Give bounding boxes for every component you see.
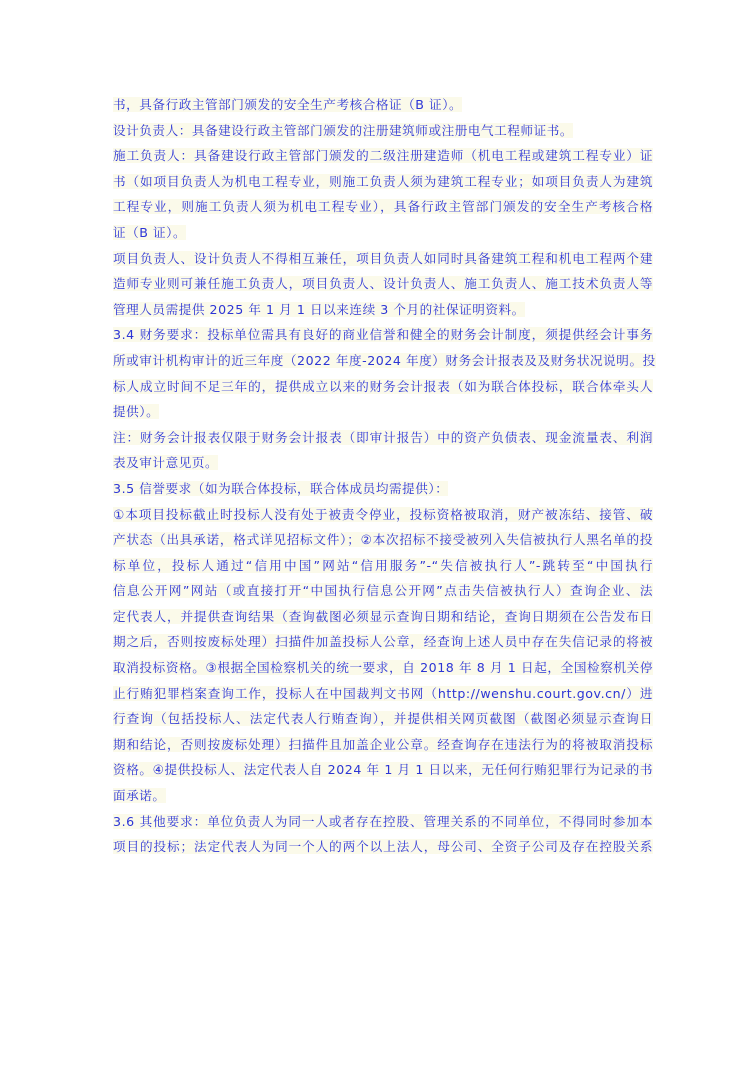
text-line-content: 面承诺。: [113, 788, 166, 803]
text-line-content: 证（B 证）。: [113, 225, 186, 240]
text-line-content: 止行贿犯罪档案查询工作，投标人在中国裁判文书网（http://wenshu.co…: [113, 686, 653, 701]
text-line: 项目负责人、设计负责人不得相互兼任，项目负责人如同时具备建筑工程和机电工程两个建: [113, 246, 653, 272]
text-line: 标单位，投标人通过“信用中国”网站“信用服务”-“失信被执行人”-跳转至“中国执…: [113, 553, 653, 579]
text-line: 行查询（包括投标人、法定代表人行贿查询），并提供相关网页截图（截图必须显示查询日: [113, 706, 653, 732]
section-heading-3-6: 3.6 其他要求：单位负责人为同一人或者存在控股、管理关系的不同单位，不得同时参…: [113, 809, 653, 835]
text-line-content: 标单位，投标人通过“信用中国”网站“信用服务”-“失信被执行人”-跳转至“中国执…: [113, 558, 653, 573]
text-line-content: 3.6 其他要求：单位负责人为同一人或者存在控股、管理关系的不同单位，不得同时参…: [113, 814, 653, 829]
text-line-with-url: 止行贿犯罪档案查询工作，投标人在中国裁判文书网（http://wenshu.co…: [113, 681, 653, 707]
text-line-content: 管理人员需提供 2025 年 1 月 1 日以来连续 3 个月的社保证明资料。: [113, 302, 525, 317]
text-line: 标人成立时间不足三年的，提供成立以来的财务会计报表（如为联合体投标，联合体牵头人: [113, 374, 653, 400]
text-line-content: 资格。④提供投标人、法定代表人自 2024 年 1 月 1 日以来，无任何行贿犯…: [113, 762, 653, 777]
text-line-content: 造师专业则可兼任施工负责人，项目负责人、设计负责人、施工负责人、施工技术负责人等: [113, 276, 653, 291]
text-line-content: 取消投标资格。③根据全国检察机关的统一要求，自 2018 年 8 月 1 日起，…: [113, 660, 653, 675]
text-line: 设计负责人：具备建设行政主管部门颁发的注册建筑师或注册电气工程师证书。: [113, 118, 653, 144]
text-line-content: 书（如项目负责人为机电工程专业，则施工负责人须为建筑工程专业；如项目负责人为建筑: [113, 174, 653, 189]
text-line: 提供）。: [113, 399, 653, 425]
text-line-content: 行查询（包括投标人、法定代表人行贿查询），并提供相关网页截图（截图必须显示查询日: [113, 711, 653, 726]
text-line: 书，具备行政主管部门颁发的安全生产考核合格证（B 证）。: [113, 92, 653, 118]
section-heading-3-4: 3.4 财务要求：投标单位需具有良好的商业信誉和健全的财务会计制度，须提供经会计…: [113, 322, 653, 348]
text-line: 资格。④提供投标人、法定代表人自 2024 年 1 月 1 日以来，无任何行贿犯…: [113, 757, 653, 783]
text-line: 信息公开网”网站（或直接打开“中国执行信息公开网”点击失信被执行人）查询企业、法: [113, 578, 653, 604]
text-line-content: 产状态（出具承诺，格式详见招标文件）；②本次招标不接受被列入失信被执行人黑名单的…: [113, 532, 653, 547]
text-line: 造师专业则可兼任施工负责人，项目负责人、设计负责人、施工负责人、施工技术负责人等: [113, 271, 653, 297]
text-line: 证（B 证）。: [113, 220, 653, 246]
text-line: 书（如项目负责人为机电工程专业，则施工负责人须为建筑工程专业；如项目负责人为建筑: [113, 169, 653, 195]
text-line-content: 期和结论，否则按废标处理）扫描件且加盖企业公章。经查询存在违法行为的将被取消投标: [113, 737, 653, 752]
document-page: 书，具备行政主管部门颁发的安全生产考核合格证（B 证）。 设计负责人：具备建设行…: [113, 92, 653, 860]
text-line: 工程专业，则施工负责人须为机电工程专业），具备行政主管部门颁发的安全生产考核合格: [113, 194, 653, 220]
text-line: 期和结论，否则按废标处理）扫描件且加盖企业公章。经查询存在违法行为的将被取消投标: [113, 732, 653, 758]
text-line-content: 3.4 财务要求：投标单位需具有良好的商业信誉和健全的财务会计制度，须提供经会计…: [113, 327, 653, 342]
text-line: 表及审计意见页。: [113, 450, 653, 476]
text-line-content: 项目的投标；法定代表人为同一个人的两个以上法人，母公司、全资子公司及存在控股关系: [113, 839, 653, 854]
text-line-content: 信息公开网”网站（或直接打开“中国执行信息公开网”点击失信被执行人）查询企业、法: [113, 583, 653, 598]
note-line: 注：财务会计报表仅限于财务会计报表（即审计报告）中的资产负债表、现金流量表、利润: [113, 425, 653, 451]
text-line-content: 期之后，否则按废标处理）扫描件加盖投标人公章，经查询上述人员中存在失信记录的将被: [113, 634, 653, 649]
text-line: 期之后，否则按废标处理）扫描件加盖投标人公章，经查询上述人员中存在失信记录的将被: [113, 629, 653, 655]
text-line-content: 定代表人，并提供查询结果（查询截图必须显示查询日期和结论，查询日期须在公告发布日: [113, 609, 653, 624]
text-line-content: 项目负责人、设计负责人不得相互兼任，项目负责人如同时具备建筑工程和机电工程两个建: [113, 251, 653, 266]
text-line-content: 表及审计意见页。: [113, 455, 218, 470]
text-line: 管理人员需提供 2025 年 1 月 1 日以来连续 3 个月的社保证明资料。: [113, 297, 653, 323]
text-line-content: 工程专业，则施工负责人须为机电工程专业），具备行政主管部门颁发的安全生产考核合格: [113, 199, 653, 214]
text-line-content: 书，具备行政主管部门颁发的安全生产考核合格证（B 证）。: [113, 97, 462, 112]
text-line: 所或审计机构审计的近三年度（2022 年度-2024 年度）财务会计报表及及财务…: [113, 348, 653, 374]
text-line: ①本项目投标截止时投标人没有处于被责令停业，投标资格被取消，财产被冻结、接管、破: [113, 502, 653, 528]
text-line-content: 注：财务会计报表仅限于财务会计报表（即审计报告）中的资产负债表、现金流量表、利润: [113, 430, 653, 445]
text-line-content: 标人成立时间不足三年的，提供成立以来的财务会计报表（如为联合体投标，联合体牵头人: [113, 379, 653, 394]
text-line-content: ①本项目投标截止时投标人没有处于被责令停业，投标资格被取消，财产被冻结、接管、破: [113, 507, 653, 522]
text-line-content: 设计负责人：具备建设行政主管部门颁发的注册建筑师或注册电气工程师证书。: [113, 123, 573, 138]
text-line-content: 施工负责人：具备建设行政主管部门颁发的二级注册建造师（机电工程或建筑工程专业）证: [113, 148, 653, 163]
text-line-content: 提供）。: [113, 404, 159, 419]
text-line: 面承诺。: [113, 783, 653, 809]
text-line: 定代表人，并提供查询结果（查询截图必须显示查询日期和结论，查询日期须在公告发布日: [113, 604, 653, 630]
section-heading-3-5: 3.5 信誉要求（如为联合体投标，联合体成员均需提供）：: [113, 476, 653, 502]
text-line-content: 所或审计机构审计的近三年度（2022 年度-2024 年度）财务会计报表及及财务…: [113, 353, 656, 368]
text-line: 取消投标资格。③根据全国检察机关的统一要求，自 2018 年 8 月 1 日起，…: [113, 655, 653, 681]
text-line: 项目的投标；法定代表人为同一个人的两个以上法人，母公司、全资子公司及存在控股关系: [113, 834, 653, 860]
text-line: 施工负责人：具备建设行政主管部门颁发的二级注册建造师（机电工程或建筑工程专业）证: [113, 143, 653, 169]
text-line-content: 3.5 信誉要求（如为联合体投标，联合体成员均需提供）：: [113, 481, 448, 496]
text-line: 产状态（出具承诺，格式详见招标文件）；②本次招标不接受被列入失信被执行人黑名单的…: [113, 527, 653, 553]
